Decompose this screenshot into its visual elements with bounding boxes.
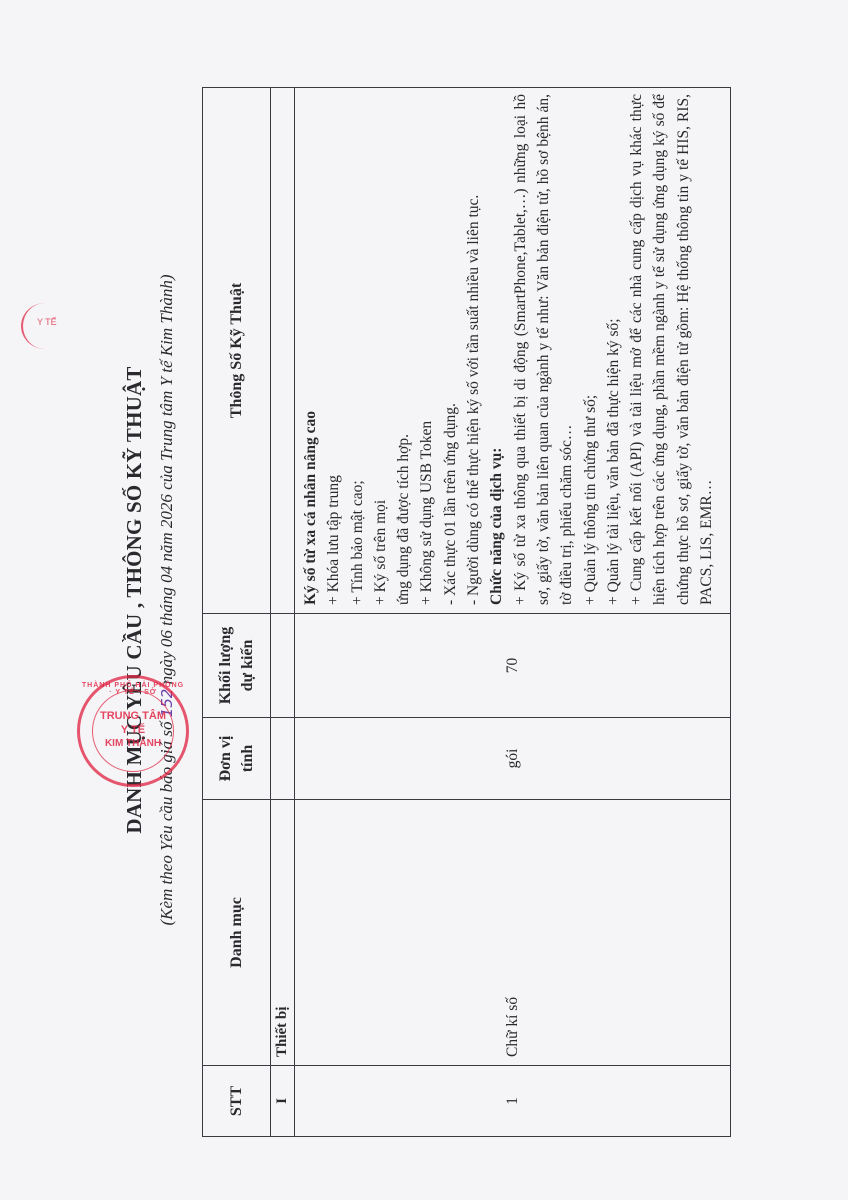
table-row: 1 Chữ kí số gói 70 Ký số từ xa cá nhân n…: [295, 88, 731, 1137]
section-spec-empty: [271, 88, 295, 614]
stamp-line-1: TRUNG TÂM: [80, 710, 186, 722]
spec-line: Chức năng của dịch vụ:: [485, 94, 508, 605]
spec-line: + Không sử dụng USB Token: [415, 94, 438, 605]
requirements-table: STT Danh mục Đơn vị tính Khối lượng dự k…: [202, 87, 731, 1137]
table-header-row: STT Danh mục Đơn vị tính Khối lượng dự k…: [203, 88, 271, 1137]
stamp-mark-fragment: Y TẾ: [21, 303, 69, 349]
official-seal-stamp: THÀNH PHỐ HẢI PHÒNG · Y TẾ · SỞ TRUNG TÂ…: [77, 675, 189, 787]
spec-line: + Cung cấp kết nối (API) và tài liệu mở …: [625, 94, 718, 605]
stamp-line-2: Y TẾ: [80, 724, 186, 736]
spec-line: + Quản lý thông tin chứng thư số;: [579, 94, 602, 605]
section-name: Thiết bị: [271, 800, 295, 1066]
stamp-line-3: KIM THÀNH: [80, 738, 186, 749]
section-stt: I: [271, 1066, 295, 1137]
header-category: Danh mục: [203, 800, 271, 1066]
spec-line: + Quản lý tài liệu, văn bản đã thực hiện…: [602, 94, 625, 605]
table-section-row: I Thiết bị: [271, 88, 295, 1137]
spec-line: + Ký số từ xa thông qua thiết bị di động…: [509, 94, 579, 605]
item-quantity: 70: [295, 614, 731, 718]
spec-line: + Tính bảo mật cao;: [346, 94, 369, 605]
spec-line: Ký số từ xa cá nhân nâng cao: [299, 94, 322, 605]
header-spec: Thông Số Kỹ Thuật: [203, 88, 271, 614]
header-unit: Đơn vị tính: [203, 718, 271, 800]
document-page: Y TẾ DANH MỤC YÊU CẦU , THÔNG SỐ KỸ THUẬ…: [0, 0, 848, 1200]
subtitle-suffix: ngày 06 tháng 04 năm 2026 của Trung tâm …: [157, 274, 176, 684]
header-stt: STT: [203, 1066, 271, 1137]
spec-line: ứng dụng đã được tích hợp.: [392, 94, 415, 605]
spec-line: + Khóa lưu tập trung: [322, 94, 345, 605]
section-quantity-empty: [271, 614, 295, 718]
item-stt: 1: [295, 1066, 731, 1137]
section-unit-empty: [271, 718, 295, 800]
stamp-ring-text: THÀNH PHỐ HẢI PHÒNG · Y TẾ · SỞ: [80, 682, 186, 696]
spec-line: - Xác thực 01 lần trên ứng dụng.: [439, 94, 462, 605]
item-spec: Ký số từ xa cá nhân nâng cao+ Khóa lưu t…: [295, 88, 731, 614]
spec-line: - Người dùng có thể thực hiện ký số với …: [462, 94, 485, 605]
document-title: DANH MỤC YÊU CẦU , THÔNG SỐ KỸ THUẬT: [122, 0, 147, 1200]
spec-line: + Ký số trên mọi: [369, 94, 392, 605]
document-subtitle: (Kèm theo Yêu cầu báo giá số 152 ngày 06…: [157, 0, 177, 1200]
stamp-mark-text: Y TẾ: [37, 317, 57, 327]
item-unit: gói: [295, 718, 731, 800]
header-quantity: Khối lượng dự kiến: [203, 614, 271, 718]
item-name: Chữ kí số: [295, 800, 731, 1066]
